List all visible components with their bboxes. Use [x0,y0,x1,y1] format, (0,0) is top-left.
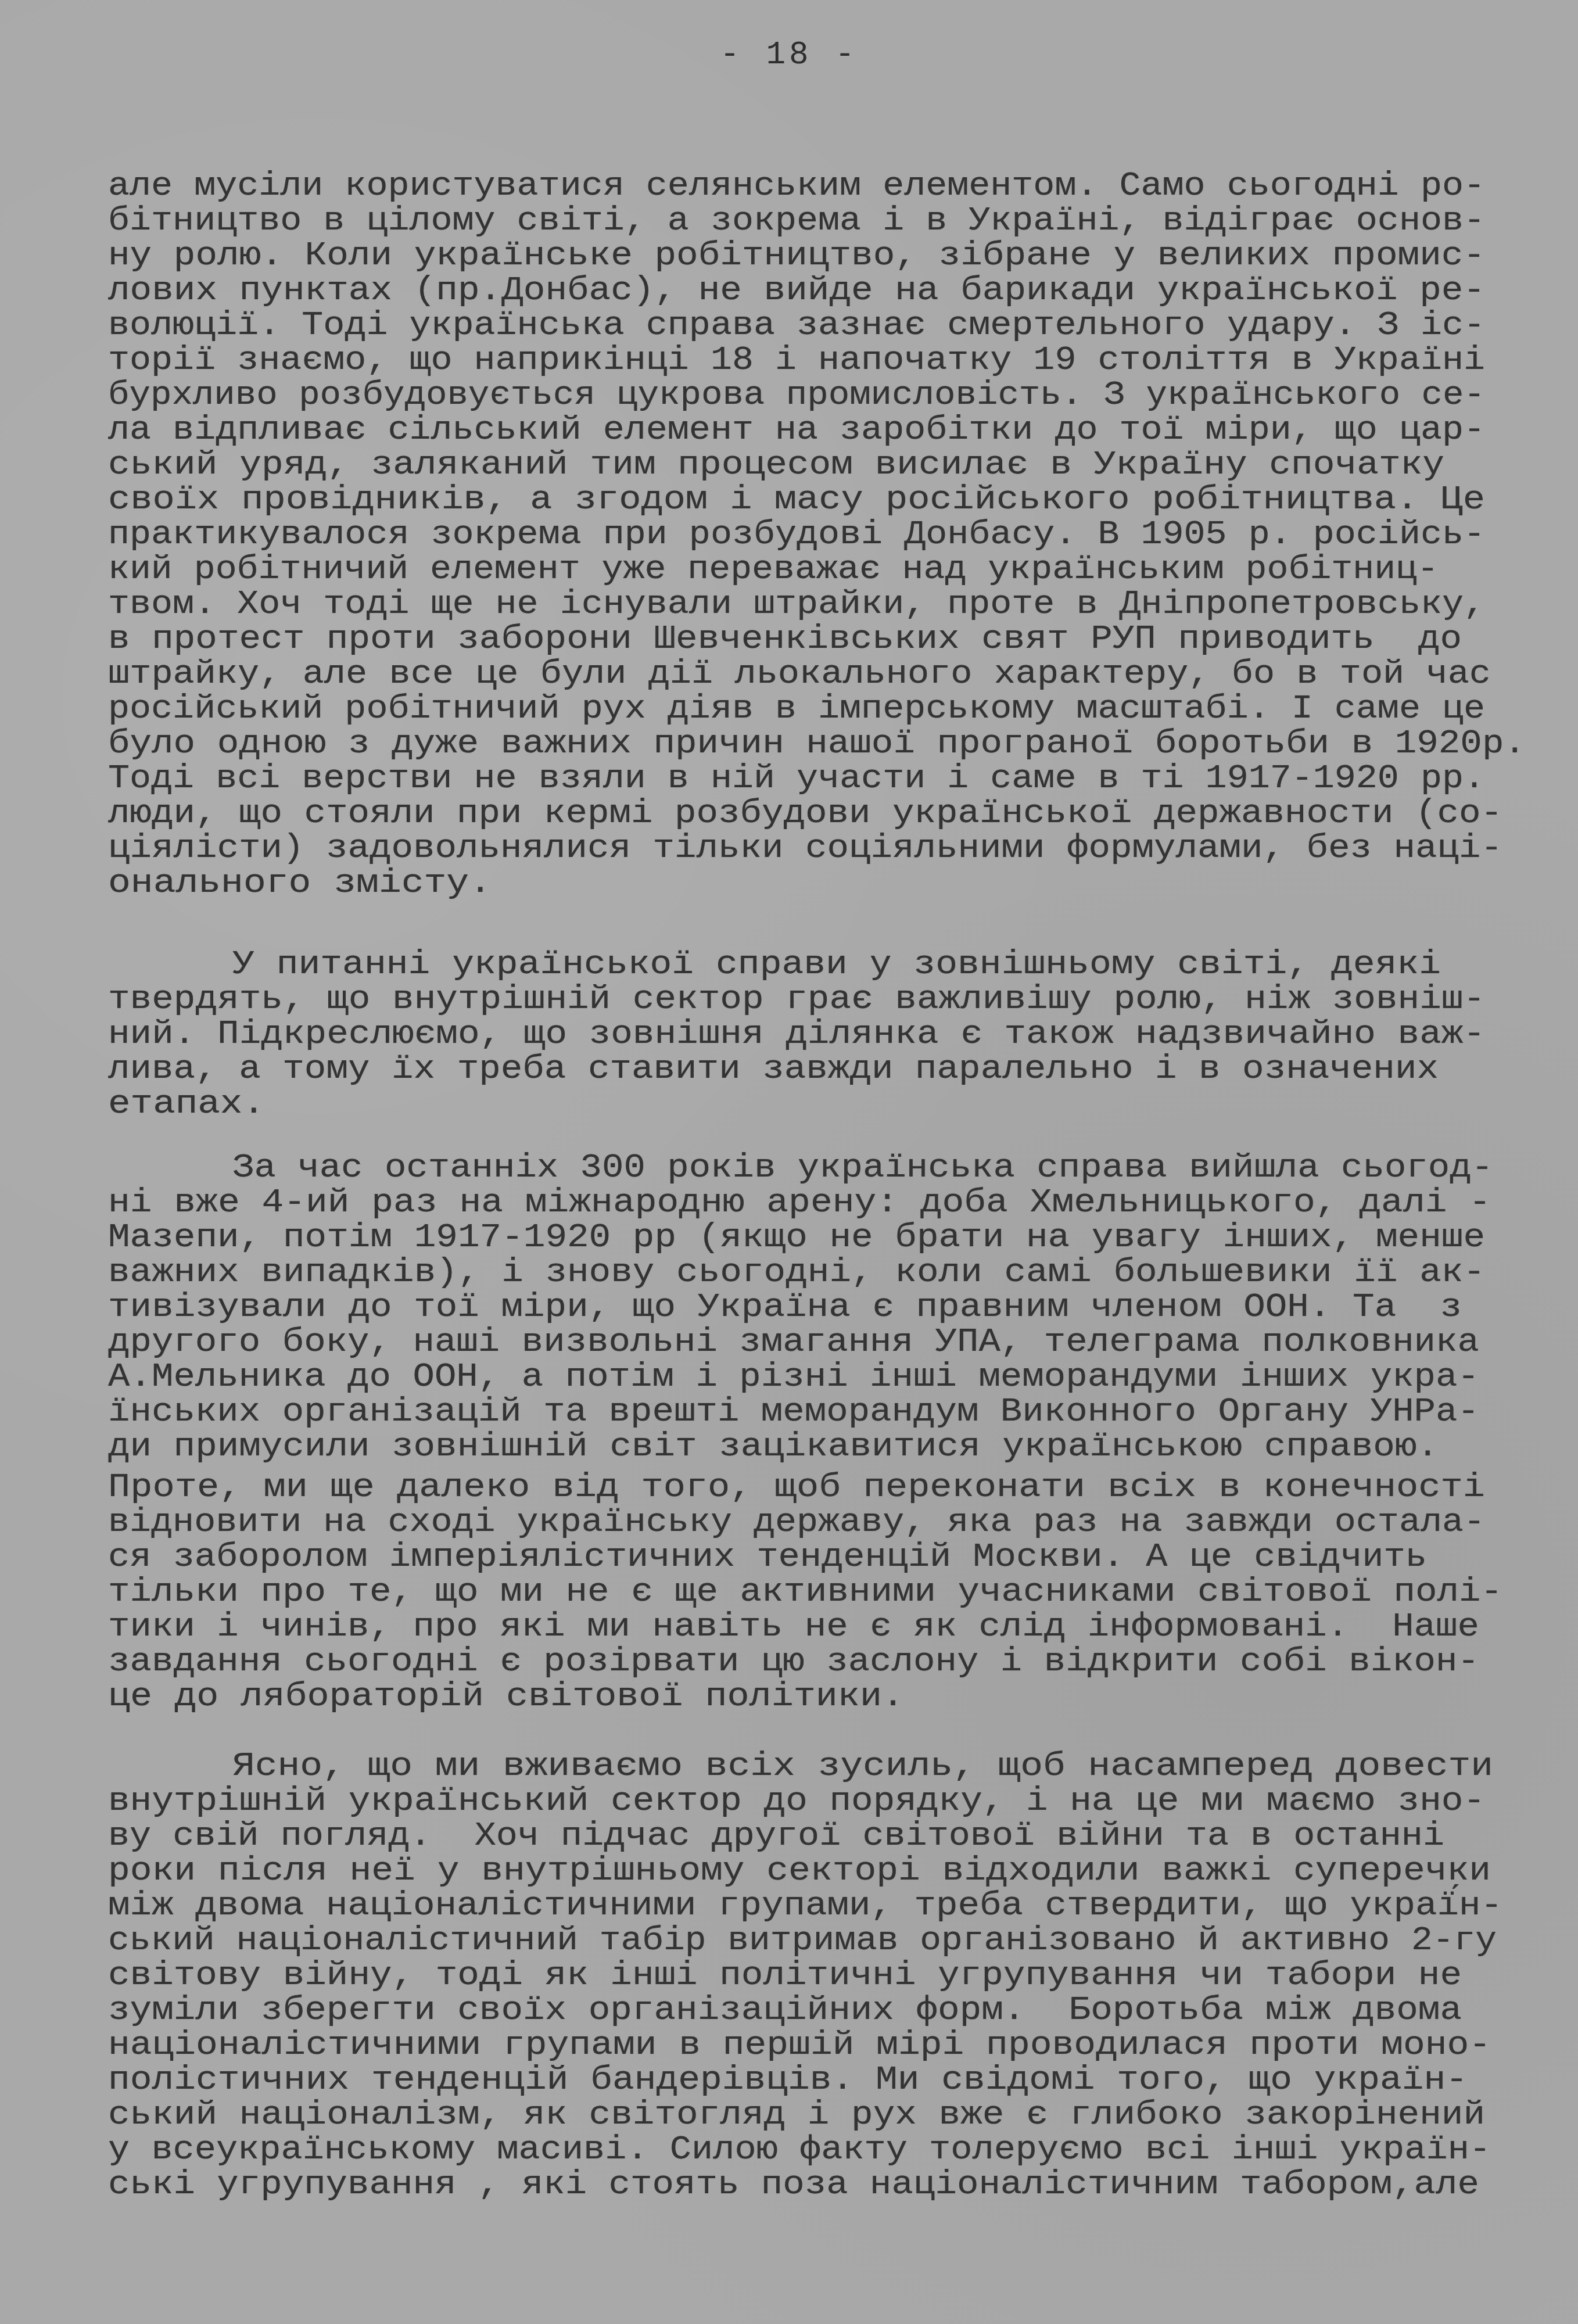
text-line: ський уряд, заляканий тим процесом висил… [108,447,1444,483]
text-line: тики і чинів, про які ми навіть не є як … [108,1609,1479,1645]
text-line: роки після неї у внутрішньому секторі ві… [108,1853,1491,1889]
text-line: волюції. Тоді українська справа зазнає с… [108,308,1485,344]
text-line: це до лябораторій світової політики. [108,1679,904,1715]
text-line: в протест проти заборони Шевченківських … [108,622,1462,658]
text-line: але мусіли користуватися селянським елем… [108,168,1485,205]
text-line: своїх провідників, а згодом і масу росій… [108,482,1485,518]
text-line: зуміли зберегти своїх організаційних фор… [108,1993,1462,2029]
text-line: ну ролю. Коли українське робітництво, зі… [108,238,1485,274]
text-line: твом. Хоч тоді ще не існували штрайки, п… [108,587,1485,623]
text-line: їнських організацій та врешті меморандум… [108,1394,1479,1430]
text-line: полістичних тенденцій бандерівців. Ми св… [108,2063,1468,2099]
text-line: ся заборолом імперіялістичних тенденцій … [108,1540,1427,1576]
text-line: кий робітничий елемент уже переважає над… [108,552,1439,588]
text-line: ди примусили зовнішній світ зацікавитися… [108,1429,1439,1465]
text-line: практикувалося зокрема при розбудові Дон… [108,517,1485,553]
text-line: лових пунктах (пр.Донбас), не вийде на б… [108,273,1485,309]
text-line: завдання сьогодні є розірвати цю заслону… [108,1644,1479,1680]
text-line: торії знаємо, що наприкінці 18 і напочат… [108,343,1485,379]
text-line: ні вже 4-ий раз на міжнародню арену: доб… [108,1185,1491,1221]
text-line: Проте, ми ще далеко від того, щоб переко… [108,1470,1485,1506]
text-line: російський робітничий рух діяв в імперсь… [108,691,1485,727]
text-line: світову війну, тоді як інші політичні уг… [108,1958,1462,1994]
text-line: другого боку, наші визвольні змагання УП… [108,1325,1479,1361]
text-line: ські угрупування , які стоять поза націо… [108,2167,1479,2203]
text-line: ціялісти) задовольнялися тільки соціяльн… [108,831,1502,867]
text-line: бурхливо розбудовується цукрова промисло… [108,378,1485,414]
text-line: внутрішній український сектор до порядку… [108,1784,1485,1820]
text-line: було одною з дуже важних причин нашої пр… [108,726,1526,762]
text-line: ла відпливає сільський елемент на заробі… [108,413,1485,449]
text-line: ву свій погляд. Хоч підчас другої світов… [108,1819,1444,1855]
text-line: За час останніх 300 років українська спр… [232,1150,1493,1186]
text-line: твердять, що внутрішній сектор грає важл… [108,982,1485,1018]
text-line: Тоді всі верстви не взяли в ній участи і… [108,761,1485,797]
text-line: лива, а тому їх треба ставити завжди пар… [108,1052,1439,1088]
text-line: люди, що стояли при кермі розбудови укра… [108,796,1502,832]
text-line: У питанні української справи у зовнішньо… [232,947,1441,983]
text-line: бітництво в цілому світі, а зокрема і в … [108,203,1485,239]
text-line: у всеукраїнському масиві. Силою факту то… [108,2132,1491,2168]
text-line: Ясно, що ми вживаємо всіх зусиль, щоб на… [232,1749,1493,1785]
text-line: тільки про те, що ми не є ще активними у… [108,1575,1502,1611]
text-line: ський націоналістичний табір витримав ор… [108,1923,1497,1959]
text-line: ський націоналізм, як світогляд і рух вж… [108,2097,1485,2133]
text-line: відновити на сході українську державу, я… [108,1505,1485,1541]
text-line: етапах. [108,1086,265,1122]
text-line: Мазепи, потім 1917-1920 рр (якщо не брат… [108,1220,1485,1256]
text-line: націоналістичними групами в першій мірі … [108,2028,1491,2064]
text-line: А.Мельника до ООН, а потім і різні інші … [108,1360,1479,1396]
text-line: тивізували до тої міри, що Україна є пра… [108,1290,1462,1326]
text-line: важних випадків), і знову сьогодні, коли… [108,1255,1485,1291]
text-line: між двома націоналістичними групами, тре… [108,1888,1502,1924]
text-line: онального змісту. [108,866,492,902]
text-line: ний. Підкреслюємо, що зовнішня ділянка є… [108,1017,1485,1053]
text-line: штрайку, але все це були дії льокального… [108,657,1491,693]
page-number: - 18 - [0,36,1578,73]
